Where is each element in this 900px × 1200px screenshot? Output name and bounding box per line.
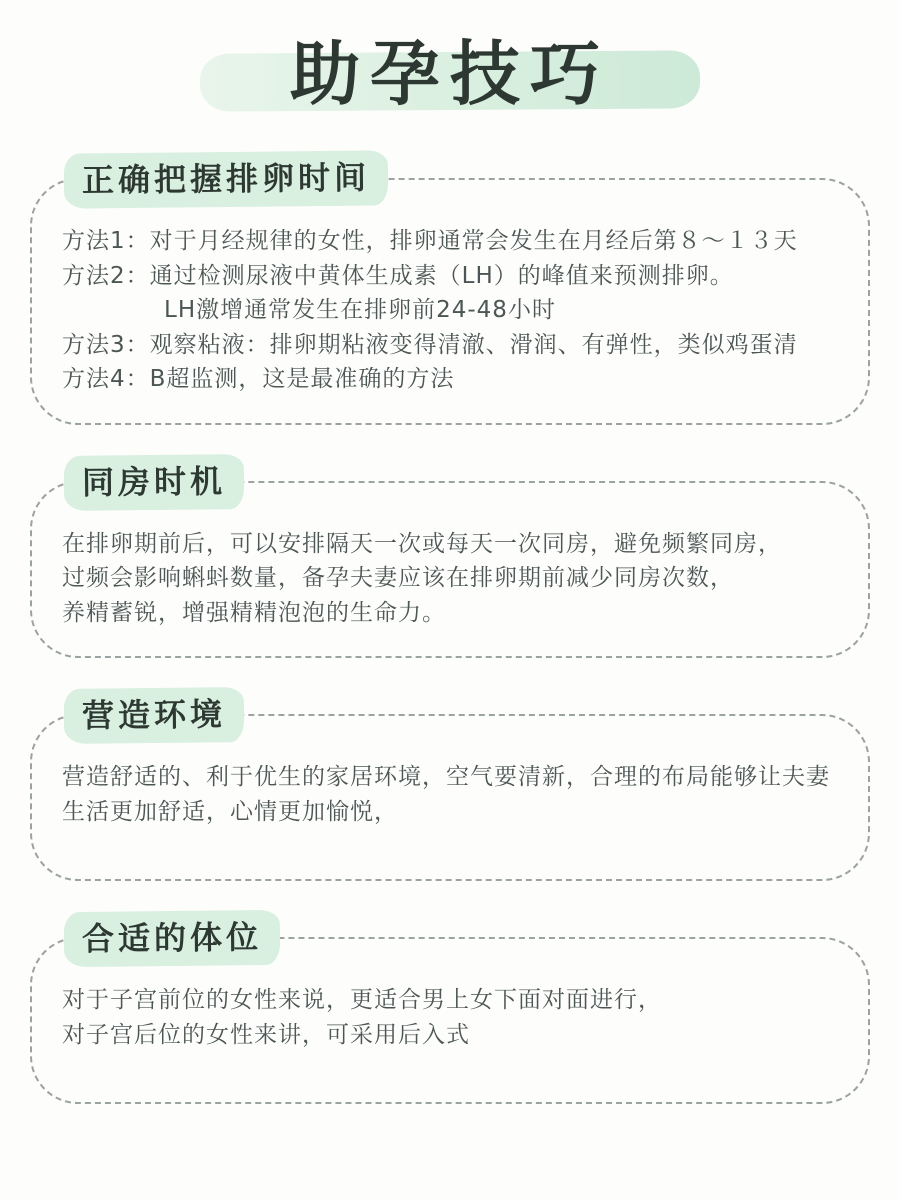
text-line: 养精蓄锐，增强精精泡泡的生命力。 [62, 596, 838, 631]
section-heading-ovulation-timing: 正确把握排卵时间 [64, 150, 389, 208]
text-line: LH激增通常发生在排卵前24-48小时 [62, 293, 838, 328]
text-line: 营造舒适的、利于优生的家居环境，空气要清新，合理的布局能够让夫妻 [62, 760, 838, 795]
page-title-block: 助孕技巧 [0, 0, 900, 148]
text-line: 对子宫后位的女性来讲，可采用后入式 [62, 1018, 838, 1053]
page-title: 助孕技巧 [0, 20, 900, 128]
text-line: 方法4：B超监测，这是最准确的方法 [62, 362, 838, 397]
text-line: 方法1：对于月经规律的女性，排卵通常会发生在月经后第８～１３天 [62, 224, 838, 259]
section-intercourse-timing: 同房时机 在排卵期前后，可以安排隔天一次或每天一次同房，避免频繁同房， 过频会影… [30, 481, 870, 659]
text-line: 在排卵期前后，可以安排隔天一次或每天一次同房，避免频繁同房， [62, 527, 838, 562]
section-heading-environment: 营造环境 [64, 687, 245, 744]
infographic-page: 助孕技巧 正确把握排卵时间 方法1：对于月经规律的女性，排卵通常会发生在月经后第… [0, 0, 900, 1200]
section-suitable-position: 合适的体位 对于子宫前位的女性来说，更适合男上女下面对面进行， 对子宫后位的女性… [30, 937, 870, 1104]
text-line: 生活更加舒适，心情更加愉悦， [62, 795, 838, 830]
text-line: 对于子宫前位的女性来说，更适合男上女下面对面进行， [62, 983, 838, 1018]
dashed-box: 方法1：对于月经规律的女性，排卵通常会发生在月经后第８～１３天 方法2：通过检测… [30, 178, 870, 425]
text-line: 方法3：观察粘液：排卵期粘液变得清澈、滑润、有弹性，类似鸡蛋清 [62, 328, 838, 363]
section-heading-intercourse-timing: 同房时机 [64, 454, 245, 511]
text-line: 过频会影响蝌蚪数量，备孕夫妻应该在排卵期前减少同房次数， [62, 561, 838, 596]
sections-container: 正确把握排卵时间 方法1：对于月经规律的女性，排卵通常会发生在月经后第８～１３天… [30, 178, 870, 1104]
section-environment: 营造环境 营造舒适的、利于优生的家居环境，空气要清新，合理的布局能够让夫妻 生活… [30, 714, 870, 881]
text-line: 方法2：通过检测尿液中黄体生成素（LH）的峰值来预测排卵。 [62, 259, 838, 294]
section-heading-suitable-position: 合适的体位 [64, 910, 281, 967]
section-ovulation-timing: 正确把握排卵时间 方法1：对于月经规律的女性，排卵通常会发生在月经后第８～１３天… [30, 178, 870, 425]
